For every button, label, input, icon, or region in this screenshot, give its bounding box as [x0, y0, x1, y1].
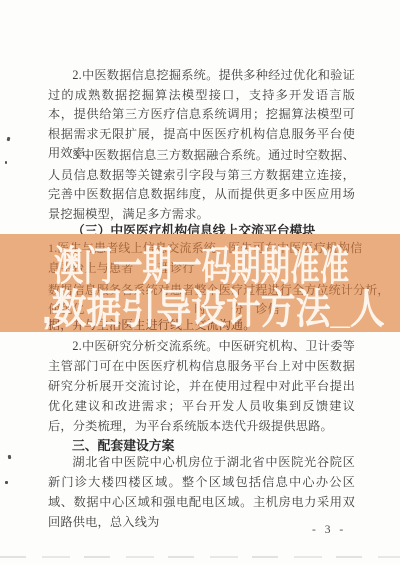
- scan-artifact: [8, 455, 12, 459]
- page-edge-scan-line: [0, 556, 400, 558]
- scan-artifact: [7, 137, 11, 142]
- scan-artifact: [5, 481, 8, 484]
- paragraph-data-fusion-system: 3.中医数据信息三方数据融合系统。通过时空数据、人员信息数据等关键索引字段与第三…: [48, 146, 355, 224]
- watermark-banner: 1.医生与患者线上信息交流系统，医生可在中医医疗机构信 息平台上与患者 理诊行 …: [0, 234, 400, 332]
- watermark-title-line-2: ,数据引导设计方法_人: [42, 289, 385, 330]
- paragraph-research-exchange-system: 2.中医研究分析交流系统。中医研究机构、卫计委等主管部门可在中医医疗机构信息服务…: [48, 336, 355, 436]
- page-number: - 3 -: [312, 524, 346, 536]
- scanned-document-page: 2.中医数据信息挖掘系统。提供多种经过优化和验证过的成熟数据挖掘算法模型接口，支…: [0, 0, 400, 564]
- paragraph-datacenter-location: 湖北省中医院中心机房位于湖北省中医院光谷院区新门诊大楼四楼区域。整个区域包括信息…: [48, 452, 355, 532]
- watermark-title-line-1: 澳门一期一码期期准准: [54, 246, 349, 287]
- scan-artifact: [5, 161, 7, 164]
